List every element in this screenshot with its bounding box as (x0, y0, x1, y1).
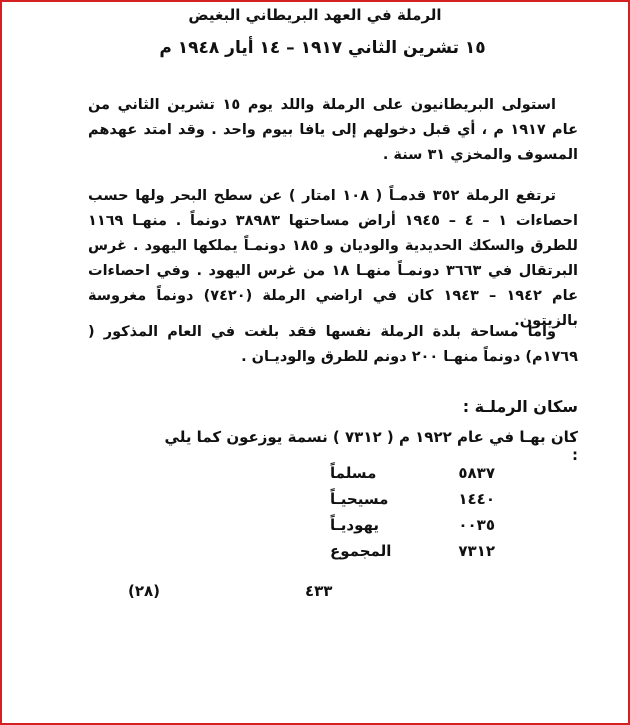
page-number: ٤٣٣ (305, 582, 332, 600)
table-row: ٠٠٣٥ يهوديـاً (330, 512, 495, 538)
population-value: ٧٣١٢ (420, 538, 495, 564)
paragraph-text: ترتفع الرملة ٣٥٢ قدمـاً ( ١٠٨ امتار ) عن… (88, 188, 578, 329)
population-value: ٠٠٣٥ (420, 512, 495, 538)
population-intro: كان بهـا في عام ١٩٢٢ م ( ٧٣١٢ ) نسمة يوز… (158, 428, 578, 464)
table-row: ١٤٤٠ مسيحيـاً (330, 486, 495, 512)
population-label: المجموع (330, 538, 420, 564)
page-title: الرملة في العهد البريطاني البغيض (0, 6, 630, 24)
paragraph-land-statistics: ترتفع الرملة ٣٥٢ قدمـاً ( ١٠٨ امتار ) عن… (88, 184, 578, 334)
page-subtitle-dates: ١٥ تشرين الثاني ١٩١٧ – ١٤ أيار ١٩٤٨ م (0, 38, 630, 58)
paragraph-british-occupation: استولى البريطانيون على الرملة واللد يوم … (88, 93, 578, 168)
table-row: ٧٣١٢ المجموع (330, 538, 495, 564)
paragraph-text: واما مساحة بلدة الرملة نفسها فقد بلغت في… (88, 324, 578, 365)
section-heading-population: سكان الرملـة : (463, 397, 578, 416)
population-label: يهوديـاً (330, 512, 420, 538)
paragraph-town-area: واما مساحة بلدة الرملة نفسها فقد بلغت في… (88, 320, 578, 370)
table-row: ٥٨٣٧ مسلماً (330, 460, 495, 486)
population-value: ١٤٤٠ (420, 486, 495, 512)
population-table: ٥٨٣٧ مسلماً ١٤٤٠ مسيحيـاً ٠٠٣٥ يهوديـاً … (330, 460, 495, 564)
population-label: مسلماً (330, 460, 420, 486)
population-value: ٥٨٣٧ (420, 460, 495, 486)
paragraph-text: استولى البريطانيون على الرملة واللد يوم … (88, 97, 578, 163)
population-label: مسيحيـاً (330, 486, 420, 512)
document-page: الرملة في العهد البريطاني البغيض ١٥ تشري… (0, 0, 630, 725)
footnote-marker: (٢٨) (128, 582, 160, 600)
